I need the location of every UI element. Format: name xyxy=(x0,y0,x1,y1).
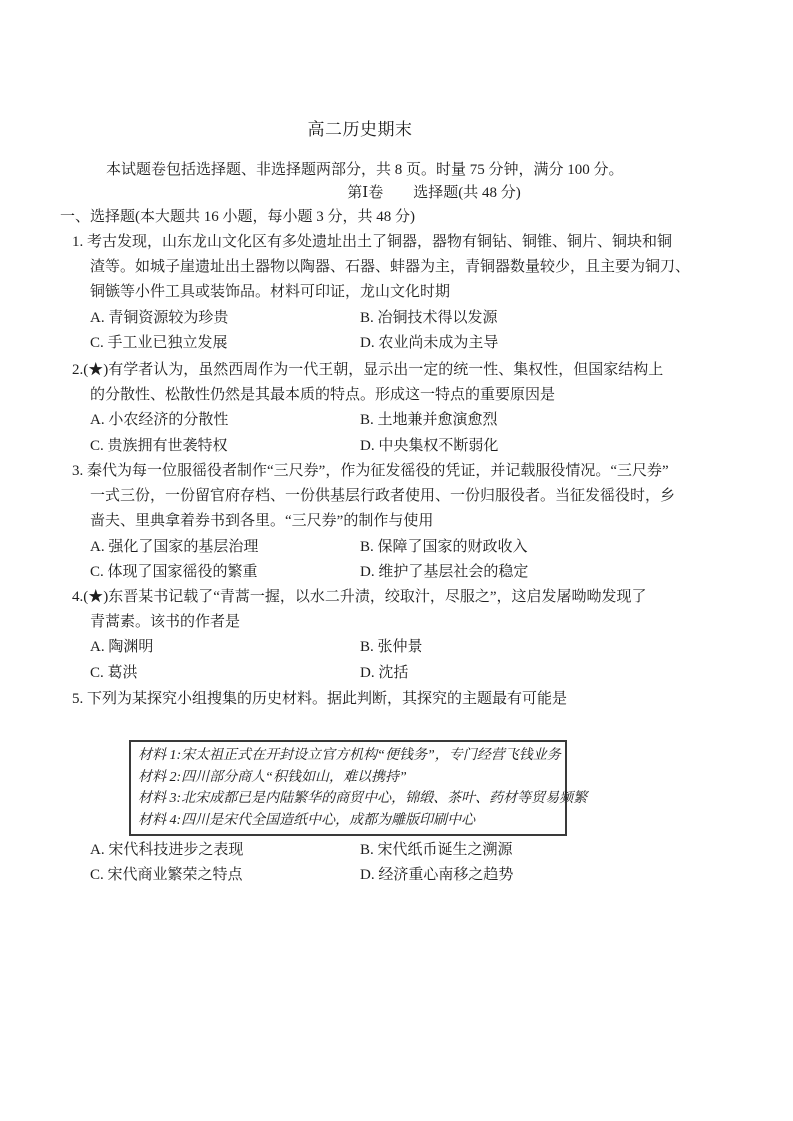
question-4-option-a: A. 陶渊明 xyxy=(90,635,360,660)
question-2-text-line: 的分散性、松散性仍然是其最本质的特点。形成这一特点的重要原因是 xyxy=(60,383,660,408)
question-1: 1. 考古发现，山东龙山文化区有多处遗址出土了铜器，器物有铜钻、铜锥、铜片、铜块… xyxy=(60,230,660,356)
question-5-options: A. 宋代科技进步之表现 B. 宋代纸币诞生之溯源 C. 宋代商业繁荣之特点 D… xyxy=(60,838,660,888)
question-1-text-line: 渣等。如城子崖遗址出土器物以陶器、石器、蚌器为主，青铜器数量较少，且主要为铜刀、 xyxy=(60,255,660,280)
question-5-text-line: 5. 下列为某探究小组搜集的历史材料。据此判断，其探究的主题最有可能是 xyxy=(60,687,660,712)
question-4: 4.(★)东晋某书记载了“青蒿一握，以水二升渍，绞取汁，尽服之”，这启发屠呦呦发… xyxy=(60,585,660,686)
question-3: 3. 秦代为每一位服徭役者制作“三尺券”，作为征发徭役的凭证，并记载服役情况。“… xyxy=(60,459,660,585)
question-2-option-a: A. 小农经济的分散性 xyxy=(90,408,360,433)
question-3-text-line: 一式三份，一份留官府存档、一份供基层行政者使用、一份归服役者。当征发徭役时，乡 xyxy=(60,484,660,509)
question-1-option-b: B. 冶铜技术得以发源 xyxy=(360,306,660,331)
question-3-option-a: A. 强化了国家的基层治理 xyxy=(90,535,360,560)
material-line-4: 材料 4:四川是宋代全国造纸中心，成都为雕版印刷中心 xyxy=(138,810,558,832)
question-5-option-a: A. 宋代科技进步之表现 xyxy=(90,838,360,863)
question-2-options: A. 小农经济的分散性 B. 土地兼并愈演愈烈 C. 贵族拥有世袭特权 D. 中… xyxy=(60,408,660,458)
section-1-intro: 一、选择题(本大题共 16 小题，每小题 3 分，共 48 分) xyxy=(60,205,660,230)
material-box: 材料 1:宋太祖正式在开封设立官方机构“便钱务”，专门经营飞钱业务 材料 2:四… xyxy=(129,740,567,836)
question-5-option-d: D. 经济重心南移之趋势 xyxy=(360,863,660,888)
question-2-text-line: 2.(★)有学者认为，虽然西周作为一代王朝，显示出一定的统一性、集权性，但国家结… xyxy=(60,358,660,383)
question-3-option-d: D. 维护了基层社会的稳定 xyxy=(360,560,660,585)
question-2: 2.(★)有学者认为，虽然西周作为一代王朝，显示出一定的统一性、集权性，但国家结… xyxy=(60,358,660,459)
page-title: 高二历史期末 xyxy=(60,117,660,142)
question-3-option-c: C. 体现了国家徭役的繁重 xyxy=(90,560,360,585)
question-5: 5. 下列为某探究小组搜集的历史材料。据此判断，其探究的主题最有可能是 xyxy=(60,687,660,712)
question-1-text-line: 铜镞等小件工具或装饰品。材料可印证，龙山文化时期 xyxy=(60,280,660,305)
question-1-options: A. 青铜资源较为珍贵 B. 冶铜技术得以发源 C. 手工业已独立发展 D. 农… xyxy=(60,306,660,356)
question-5-options-block: A. 宋代科技进步之表现 B. 宋代纸币诞生之溯源 C. 宋代商业繁荣之特点 D… xyxy=(60,838,660,888)
material-line-2: 材料 2:四川部分商人“积钱如山，难以携持” xyxy=(138,767,558,789)
question-2-option-c: C. 贵族拥有世袭特权 xyxy=(90,434,360,459)
exam-paper-page: 高二历史期末 本试题卷包括选择题、非选择题两部分，共 8 页。时量 75 分钟，… xyxy=(0,0,793,1121)
question-5-option-b: B. 宋代纸币诞生之溯源 xyxy=(360,838,660,863)
question-3-option-b: B. 保障了国家的财政收入 xyxy=(360,535,660,560)
question-1-option-a: A. 青铜资源较为珍贵 xyxy=(90,306,360,331)
question-1-option-d: D. 农业尚未成为主导 xyxy=(360,331,660,356)
material-line-1: 材料 1:宋太祖正式在开封设立官方机构“便钱务”，专门经营飞钱业务 xyxy=(138,745,558,767)
question-3-options: A. 强化了国家的基层治理 B. 保障了国家的财政收入 C. 体现了国家徭役的繁… xyxy=(60,535,660,585)
question-4-option-d: D. 沈括 xyxy=(360,661,660,686)
question-1-text-line: 1. 考古发现，山东龙山文化区有多处遗址出土了铜器，器物有铜钻、铜锥、铜片、铜块… xyxy=(60,230,660,255)
question-4-text-line: 青蒿素。该书的作者是 xyxy=(60,610,660,635)
question-4-option-c: C. 葛洪 xyxy=(90,661,360,686)
question-3-text-line: 3. 秦代为每一位服徭役者制作“三尺券”，作为征发徭役的凭证，并记载服役情况。“… xyxy=(60,459,660,484)
material-line-3: 材料 3:北宋成都已是内陆繁华的商贸中心，锦缎、茶叶、药材等贸易频繁 xyxy=(138,788,558,810)
section-1-heading: 第Ⅰ卷 选择题(共 48 分) xyxy=(60,181,734,206)
question-4-text-line: 4.(★)东晋某书记载了“青蒿一握，以水二升渍，绞取汁，尽服之”，这启发屠呦呦发… xyxy=(60,585,660,610)
question-4-options: A. 陶渊明 B. 张仲景 C. 葛洪 D. 沈括 xyxy=(60,635,660,685)
question-2-option-d: D. 中央集权不断弱化 xyxy=(360,434,660,459)
question-4-option-b: B. 张仲景 xyxy=(360,635,660,660)
question-3-text-line: 啬夫、里典拿着券书到各里。“三尺券”的制作与使用 xyxy=(60,509,660,534)
question-2-option-b: B. 土地兼并愈演愈烈 xyxy=(360,408,660,433)
question-1-option-c: C. 手工业已独立发展 xyxy=(90,331,360,356)
question-5-option-c: C. 宋代商业繁荣之特点 xyxy=(90,863,360,888)
exam-instructions: 本试题卷包括选择题、非选择题两部分，共 8 页。时量 75 分钟，满分 100 … xyxy=(60,158,706,183)
